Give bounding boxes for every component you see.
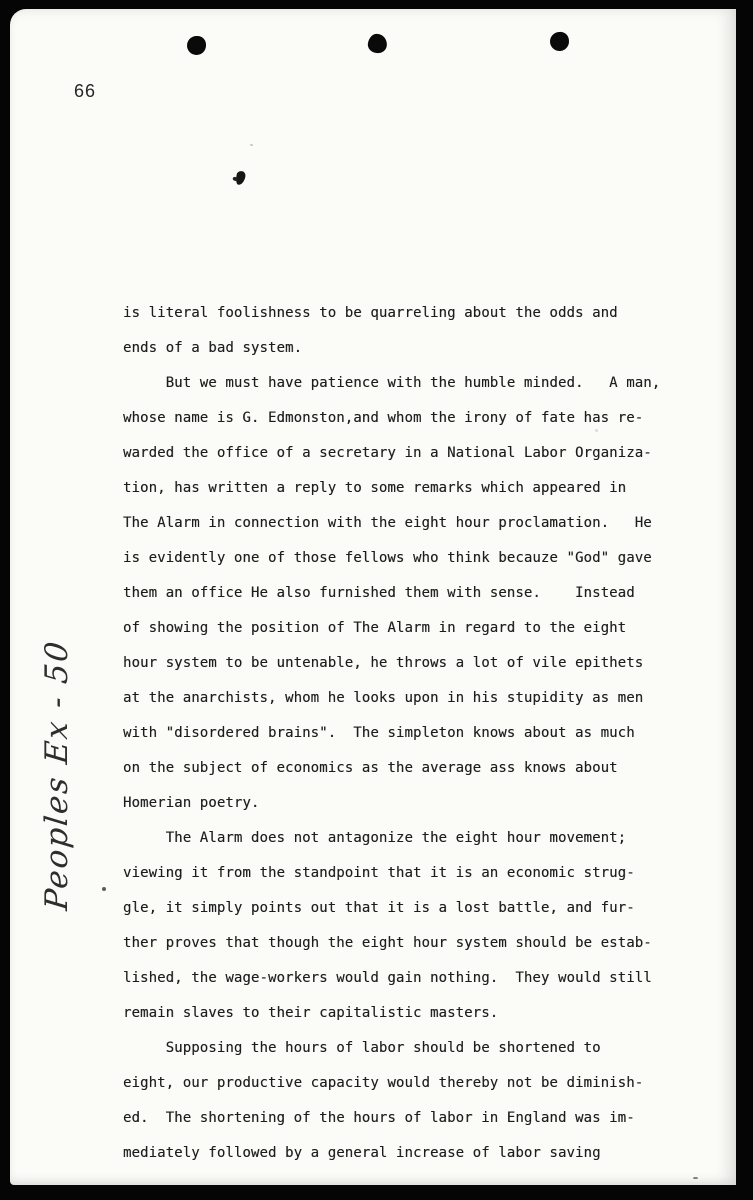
typed-line: on the subject of economics as the avera… — [123, 751, 723, 786]
binder-hole — [367, 33, 388, 54]
binder-hole — [549, 31, 570, 52]
typed-line: Homerian poetry. — [123, 786, 723, 821]
typed-line: eight, our productive capacity would the… — [123, 1066, 723, 1101]
page-number: 66 — [74, 81, 96, 102]
typed-line: is literal foolishness to be quarreling … — [123, 296, 723, 331]
typed-body: is literal foolishness to be quarreling … — [123, 296, 723, 1171]
typed-line: them an office He also furnished them wi… — [123, 576, 723, 611]
scanned-document-page: { "document": { "page_number": "66", "ha… — [0, 0, 753, 1200]
stray-dot-mark — [102, 887, 106, 891]
typed-line: ed. The shortening of the hours of labor… — [123, 1101, 723, 1136]
typed-line: The Alarm in connection with the eight h… — [123, 506, 723, 541]
typed-line: gle, it simply points out that it is a l… — [123, 891, 723, 926]
typed-line: But we must have patience with the humbl… — [123, 366, 723, 401]
typed-line: hour system to be untenable, he throws a… — [123, 646, 723, 681]
typed-line: of showing the position of The Alarm in … — [123, 611, 723, 646]
paper-speck — [693, 1177, 698, 1179]
typed-line: mediately followed by a general increase… — [123, 1136, 723, 1171]
handwritten-exhibit-note-text: Peoples Ex - 50 — [39, 638, 75, 912]
typed-line: at the anarchists, whom he looks upon in… — [123, 681, 723, 716]
paper-sheet: 66 Peoples Ex - 50 is literal foolishnes… — [10, 9, 736, 1185]
typed-line: lished, the wage-workers would gain noth… — [123, 961, 723, 996]
typed-line: remain slaves to their capitalistic mast… — [123, 996, 723, 1031]
ink-blot-mark — [235, 170, 247, 186]
paper-speck — [250, 144, 253, 146]
typed-line: warded the office of a secretary in a Na… — [123, 436, 723, 471]
typed-line: is evidently one of those fellows who th… — [123, 541, 723, 576]
typed-line: ends of a bad system. — [123, 331, 723, 366]
binder-hole — [187, 36, 206, 55]
typed-line: with "disordered brains". The simpleton … — [123, 716, 723, 751]
typed-line: Supposing the hours of labor should be s… — [123, 1031, 723, 1066]
typed-line: tion, has written a reply to some remark… — [123, 471, 723, 506]
typed-line: whose name is G. Edmonston,and whom the … — [123, 401, 723, 436]
typed-line: viewing it from the standpoint that it i… — [123, 856, 723, 891]
typed-line: The Alarm does not antagonize the eight … — [123, 821, 723, 856]
typed-line: ther proves that though the eight hour s… — [123, 926, 723, 961]
